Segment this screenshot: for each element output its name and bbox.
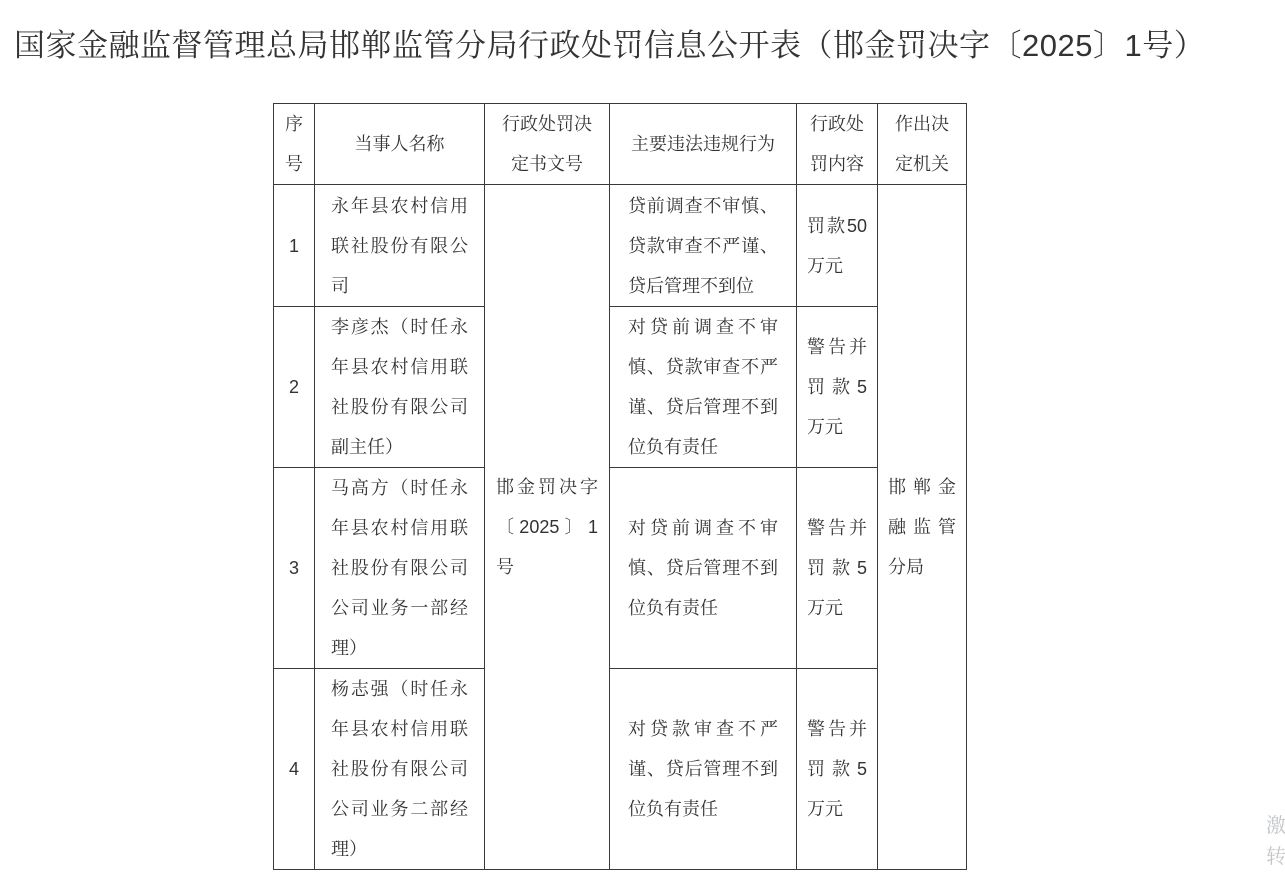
cell-penalty: 警告并罚款5万元	[797, 307, 878, 468]
windows-activation-watermark: 激 转	[1266, 811, 1285, 873]
cell-party: 永年县农村信用联社股份有限公司	[315, 185, 485, 307]
header-index: 序号	[274, 104, 315, 185]
penalty-table: 序号 当事人名称 行政处罚决定书文号 主要违法违规行为 行政处罚内容 作出决定机…	[273, 103, 967, 870]
header-authority: 作出决定机关	[878, 104, 967, 185]
page-title: 国家金融监督管理总局邯郸监管分局行政处罚信息公开表（邯金罚决字〔2025〕1号）	[14, 20, 1205, 65]
cell-doc-no-merged: 邯金罚决字〔2025〕1号	[485, 185, 610, 870]
cell-penalty: 罚款50万元	[797, 185, 878, 307]
header-doc-no: 行政处罚决定书文号	[485, 104, 610, 185]
cell-violations: 对贷前调查不审慎、贷款审查不严谨、贷后管理不到位负有责任	[610, 307, 797, 468]
cell-violations: 对贷款审查不严谨、贷后管理不到位负有责任	[610, 669, 797, 870]
table-row: 4 杨志强（时任永年县农村信用联社股份有限公司公司业务二部经理） 对贷款审查不严…	[274, 669, 967, 870]
cell-index: 4	[274, 669, 315, 870]
cell-index: 1	[274, 185, 315, 307]
table-row: 1 永年县农村信用联社股份有限公司 邯金罚决字〔2025〕1号 贷前调查不审慎、…	[274, 185, 967, 307]
cell-authority-merged: 邯郸金融监管分局	[878, 185, 967, 870]
cell-index: 3	[274, 468, 315, 669]
cell-party: 杨志强（时任永年县农村信用联社股份有限公司公司业务二部经理）	[315, 669, 485, 870]
cell-penalty: 警告并罚款5万元	[797, 468, 878, 669]
cell-penalty: 警告并罚款5万元	[797, 669, 878, 870]
header-row: 序号 当事人名称 行政处罚决定书文号 主要违法违规行为 行政处罚内容 作出决定机…	[274, 104, 967, 185]
header-penalty: 行政处罚内容	[797, 104, 878, 185]
page: 国家金融监督管理总局邯郸监管分局行政处罚信息公开表（邯金罚决字〔2025〕1号）…	[0, 0, 1285, 882]
cell-party: 马高方（时任永年县农村信用联社股份有限公司公司业务一部经理）	[315, 468, 485, 669]
cell-violations: 对贷前调查不审慎、贷后管理不到位负有责任	[610, 468, 797, 669]
header-violations: 主要违法违规行为	[610, 104, 797, 185]
cell-violations: 贷前调查不审慎、贷款审查不严谨、贷后管理不到位	[610, 185, 797, 307]
watermark-char-2: 转	[1266, 842, 1285, 873]
table-row: 3 马高方（时任永年县农村信用联社股份有限公司公司业务一部经理） 对贷前调查不审…	[274, 468, 967, 669]
cell-index: 2	[274, 307, 315, 468]
watermark-char-1: 激	[1266, 811, 1285, 842]
header-party: 当事人名称	[315, 104, 485, 185]
cell-party: 李彦杰（时任永年县农村信用联社股份有限公司副主任）	[315, 307, 485, 468]
table-row: 2 李彦杰（时任永年县农村信用联社股份有限公司副主任） 对贷前调查不审慎、贷款审…	[274, 307, 967, 468]
